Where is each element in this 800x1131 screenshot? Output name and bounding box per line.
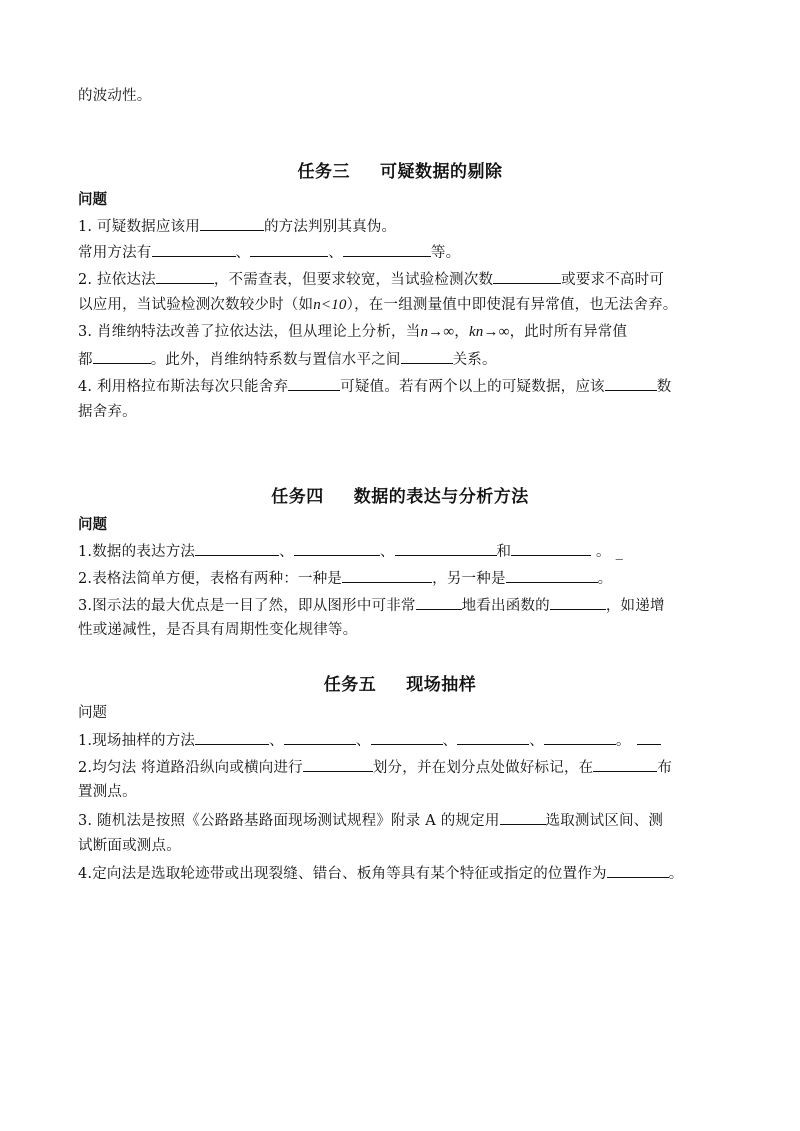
t3-question-1-methods: 常用方法有、、等。	[78, 241, 460, 263]
section-heading-task4: 任务四数据的表达与分析方法	[0, 486, 800, 508]
answer-blank[interactable]	[395, 540, 497, 556]
t5-question-4: 4.定向法是选取轮迹带或出现裂缝、错台、板角等具有某个特征或指定的位置作为。	[78, 862, 683, 884]
answer-blank[interactable]	[195, 729, 269, 745]
task-number: 任务五	[324, 675, 377, 695]
answer-blank[interactable]	[343, 241, 431, 257]
t5-question-3-cont: 试断面或测点。	[78, 836, 181, 856]
question-label: 问题	[78, 703, 107, 723]
task-number: 任务三	[298, 162, 351, 182]
answer-blank[interactable]	[200, 215, 264, 231]
t4-question-3-cont: 性或递减性，是否具有周期性变化规律等。	[78, 620, 357, 640]
answer-blank[interactable]	[457, 729, 529, 745]
t4-question-2: 2.表格法简单方便，表格有两种：一种是，另一种是。	[78, 567, 612, 589]
task-title: 现场抽样	[406, 675, 476, 695]
answer-blank[interactable]	[493, 268, 561, 284]
answer-blank[interactable]	[637, 729, 661, 745]
answer-blank[interactable]	[593, 756, 657, 772]
math-kn-to-infinity: kn→∞	[469, 324, 510, 340]
t4-question-3: 3.图示法的最大优点是一目了然，即从图形中可非常地看出函数的，如递增	[78, 594, 665, 616]
t3-question-4: 4. 利用格拉布斯法每次只能舍弃可疑值。若有两个以上的可疑数据，应该数	[78, 375, 671, 397]
task-title: 可疑数据的剔除	[380, 162, 503, 182]
t5-question-3: 3. 随机法是按照《公路路基路面现场测试规程》附录 A 的规定用选取测试区间、测	[78, 809, 663, 831]
answer-blank[interactable]	[152, 241, 236, 257]
t3-question-1: 1. 可疑数据应该用的方法判别其真伪。	[78, 215, 396, 237]
document-page: 的波动性。 任务三可疑数据的剔除 问题 1. 可疑数据应该用的方法判别其真伪。 …	[0, 0, 800, 1131]
section-heading-task5: 任务五现场抽样	[0, 674, 800, 696]
answer-blank[interactable]	[195, 540, 279, 556]
answer-blank[interactable]	[544, 729, 616, 745]
answer-blank[interactable]	[303, 756, 373, 772]
answer-blank[interactable]	[416, 594, 462, 610]
task-number: 任务四	[271, 487, 324, 507]
t3-question-4-cont: 据舍弃。	[78, 402, 137, 422]
math-n-to-infinity: n→∞	[420, 324, 454, 340]
question-label: 问题	[78, 190, 107, 210]
answer-blank[interactable]	[250, 241, 328, 257]
question-label: 问题	[78, 515, 107, 535]
t3-question-3-cont: 都。此外，肖维纳特系数与置信水平之间关系。	[78, 348, 497, 370]
t5-question-2: 2.均匀法 将道路沿纵向或横向进行划分，并在划分点处做好标记，在布	[78, 756, 672, 778]
t4-question-1: 1.数据的表达方法、、和 。 _	[78, 540, 623, 562]
answer-blank[interactable]	[500, 809, 546, 825]
t3-question-3: 3. 肖维纳特法改善了拉依达法，但从理论上分析，当n→∞，kn→∞，此时所有异常…	[78, 322, 627, 342]
answer-blank[interactable]	[294, 540, 380, 556]
answer-blank[interactable]	[284, 729, 356, 745]
t5-question-2-cont: 置测点。	[78, 782, 137, 802]
answer-blank[interactable]	[371, 729, 443, 745]
t5-question-1: 1.现场抽样的方法、、、、。	[78, 729, 661, 751]
answer-blank[interactable]	[156, 268, 214, 284]
answer-blank[interactable]	[506, 567, 598, 583]
intro-tail-text: 的波动性。	[78, 86, 152, 106]
math-n-lt-10: n<10	[313, 297, 346, 313]
answer-blank[interactable]	[511, 540, 591, 556]
t3-question-2-cont: 以应用，当试验检测次数较少时（如n<10），在一组测量值中即使混有异常值，也无法…	[78, 295, 678, 315]
section-heading-task3: 任务三可疑数据的剔除	[0, 161, 800, 183]
answer-blank[interactable]	[401, 348, 453, 364]
answer-blank[interactable]	[93, 348, 151, 364]
answer-blank[interactable]	[607, 862, 669, 878]
t3-question-2: 2. 拉依达法，不需查表，但要求较宽，当试验检测次数或要求不高时可	[78, 268, 664, 290]
task-title: 数据的表达与分析方法	[354, 487, 529, 507]
answer-blank[interactable]	[288, 375, 340, 391]
answer-blank[interactable]	[550, 594, 606, 610]
answer-blank[interactable]	[342, 567, 432, 583]
answer-blank[interactable]	[605, 375, 657, 391]
